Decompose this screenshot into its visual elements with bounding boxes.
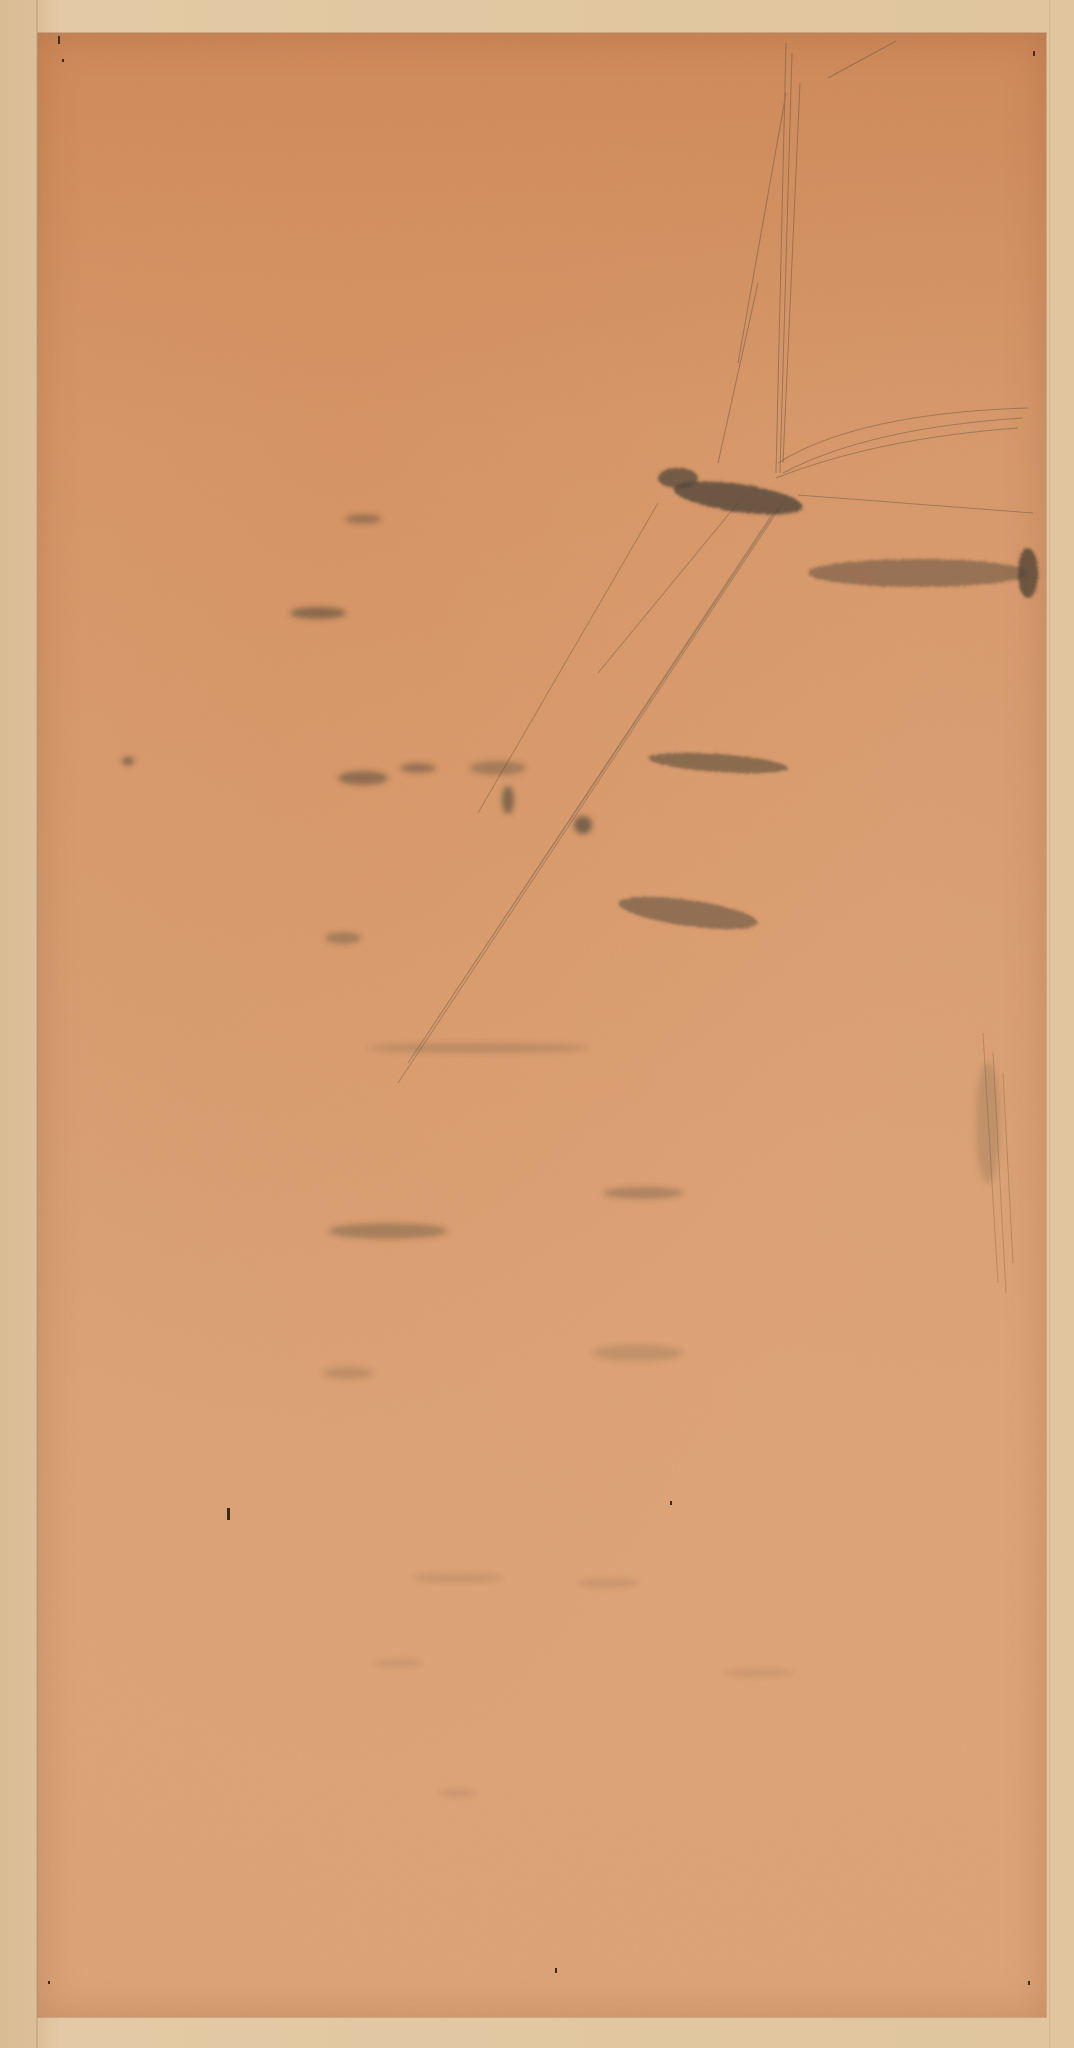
- artwork-paper: [38, 33, 1046, 2017]
- sailboat-sketch: [38, 33, 1046, 2017]
- mount-edge-right: [1049, 0, 1050, 2048]
- paper-foxing: [38, 33, 1046, 2017]
